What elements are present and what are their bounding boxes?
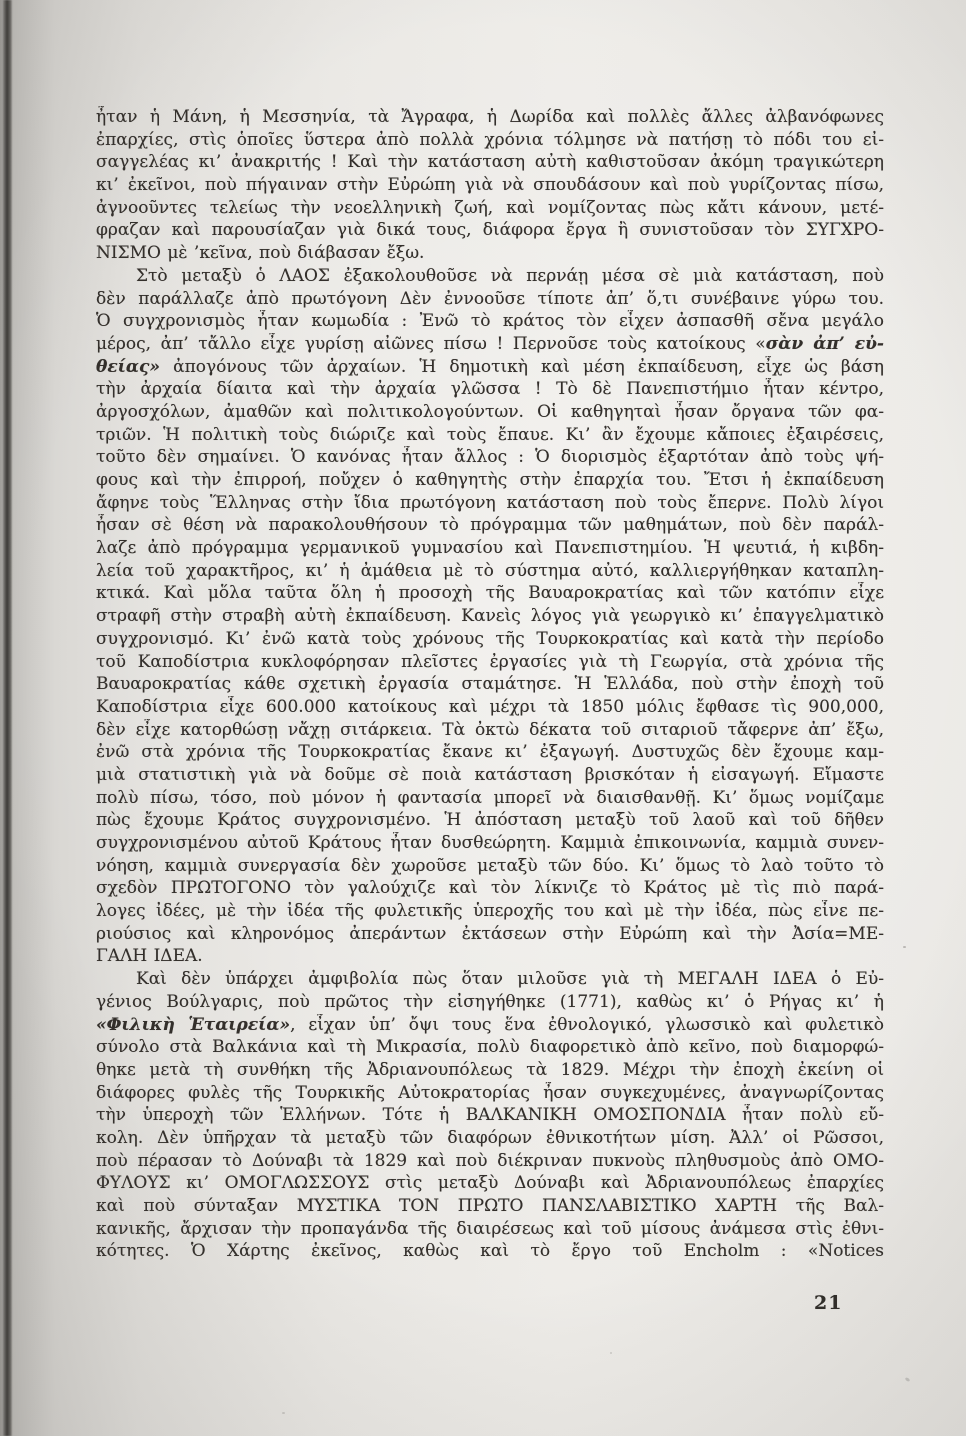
text-line: ἦταν ἡ Μάνη, ἡ Μεσσηνία, τὰ Ἄγραφα, ἡ Δω… bbox=[96, 106, 884, 129]
text-line: σαγγελέας κι’ ἀνακριτής ! Καὶ τὴν κατάστ… bbox=[96, 151, 884, 174]
text-line: Βαυαροκρατίας κάθε σχετικὴ ἐργασία σταμά… bbox=[96, 673, 884, 696]
text-line: ΝΙΣΜΟ μὲ ’κεῖνα, ποὺ διάβασαν ἔξω. bbox=[96, 242, 884, 265]
paper-speck bbox=[282, 1412, 285, 1414]
text-line: Στὸ μεταξὺ ὁ ΛΑΟΣ ἐξακολουθοῦσε νὰ περνά… bbox=[96, 265, 884, 288]
text-line: φραζαν καὶ παρουσίαζαν γιὰ δικά τους, δι… bbox=[96, 219, 884, 242]
paper-speck bbox=[903, 946, 906, 948]
paragraph: Καὶ δὲν ὑπάρχει ἀμφιβολία πὼς ὅταν μιλοῦ… bbox=[96, 968, 884, 1263]
text-line: θηκε μετὰ τὴ συνθήκη τῆς Ἀδριανουπόλεως … bbox=[96, 1059, 884, 1082]
paragraph: Στὸ μεταξὺ ὁ ΛΑΟΣ ἐξακολουθοῦσε νὰ περνά… bbox=[96, 265, 884, 968]
text-line: ἦσαν σὲ θέση νὰ παρακολουθήσουν τὸ πρόγρ… bbox=[96, 514, 884, 537]
text-line: ΦΥΛΟΥΣ κι’ ΟΜΟΓΛΩΣΣΟΥΣ στὶς μεταξὺ Δούνα… bbox=[96, 1172, 884, 1195]
text-line: ἀγνοοῦντες τελείως τὴν νεοελληνικὴ ζωή, … bbox=[96, 197, 884, 220]
text-line: νόηση, καμμιὰ συνεργασία δὲν χωροῦσε μετ… bbox=[96, 855, 884, 878]
text-line: διάφορες φυλὲς τῆς Τουρκικῆς Αὐτοκρατορί… bbox=[96, 1082, 884, 1105]
text-line: τοῦ Καποδίστρια κυκλοφόρησαν πλεῖστες ἐρ… bbox=[96, 651, 884, 674]
text-line: δὲν εἶχε κατορθώσῃ νἄχῃ σιτάρκεια. Τὰ ὀκ… bbox=[96, 719, 884, 742]
emphasized-phrase: «Φιλικὴ Ἑταιρεία» bbox=[96, 1015, 290, 1035]
text-line: «Φιλικὴ Ἑταιρεία», εἶχαν ὑπ’ ὄψι τους ἕν… bbox=[96, 1014, 884, 1037]
text-line: πὼς ἔχουμε Κράτος συγχρονισμένο. Ἡ ἀπόστ… bbox=[96, 809, 884, 832]
text-line: λαζε ἀπὸ πρόγραμμα γερμανικοῦ γυμνασίου … bbox=[96, 537, 884, 560]
text-line: καὶ ποὺ σύνταξαν ΜΥΣΤΙΚΑ ΤΟΝ ΠΡΩΤΟ ΠΑΝΣΛ… bbox=[96, 1195, 884, 1218]
text-line: κτικά. Καὶ μὅλα ταῦτα ὅλη ἡ προσοχὴ τῆς … bbox=[96, 582, 884, 605]
scanned-book-page: ἦταν ἡ Μάνη, ἡ Μεσσηνία, τὰ Ἄγραφα, ἡ Δω… bbox=[0, 0, 966, 1436]
text-line: στραφῆ στὴν στραβὴ αὐτὴ ἐκπαίδευση. Κανε… bbox=[96, 605, 884, 628]
text-line: κολη. Δὲν ὑπῆρχαν τὰ μεταξὺ τῶν διαφόρων… bbox=[96, 1127, 884, 1150]
page-number: 21 bbox=[814, 1292, 842, 1314]
text-line: συγχρονισμένου αὐτοῦ Κράτους ἦταν δυσθεώ… bbox=[96, 832, 884, 855]
text-line: κι’ ἐκεῖνοι, ποὺ πήγαιναν στὴν Εὐρώπη γι… bbox=[96, 174, 884, 197]
emphasized-phrase: θείας» bbox=[96, 357, 160, 377]
text-line: Καὶ δὲν ὑπάρχει ἀμφιβολία πὼς ὅταν μιλοῦ… bbox=[96, 968, 884, 991]
book-binding-edge bbox=[3, 0, 12, 1436]
text-line: τριῶν. Ἡ πολιτικὴ τοὺς διώριζε καὶ τοὺς … bbox=[96, 424, 884, 447]
text-line: κανικῆς, ἄρχισαν τὴν προπαγάνδα τῆς διαι… bbox=[96, 1218, 884, 1241]
page-text-block: ἦταν ἡ Μάνη, ἡ Μεσσηνία, τὰ Ἄγραφα, ἡ Δω… bbox=[96, 106, 884, 1263]
text-line: ἐνῶ στὰ χρόνια τῆς Τουρκοκρατίας ἔκανε κ… bbox=[96, 741, 884, 764]
text-line: τοῦτο δὲν σημαίνει. Ὁ κανόνας ἦταν ἄλλος… bbox=[96, 446, 884, 469]
paper-speck bbox=[610, 1352, 612, 1354]
text-line: πολὺ πίσω, τόσο, ποὺ μόνον ἡ φαντασία μπ… bbox=[96, 787, 884, 810]
text-line: λογες ἰδέες, μὲ τὴν ἰδέα τῆς φυλετικῆς ὑ… bbox=[96, 900, 884, 923]
text-line: τὴν ὑπεροχὴ τῶν Ἑλλήνων. Τότε ἡ ΒΑΛΚΑΝΙΚ… bbox=[96, 1104, 884, 1127]
text-line: μέρος, ἀπ’ τἄλλο εἶχε γυρίσῃ αἰῶνες πίσω… bbox=[96, 333, 884, 356]
text-line: ποὺ πέρασαν τὸ Δούναβι τὰ 1829 καὶ ποὺ δ… bbox=[96, 1150, 884, 1173]
text-line: σύνολο στὰ Βαλκάνια καὶ τὴ Μικρασία, πολ… bbox=[96, 1036, 884, 1059]
text-line: τὴν ἀρχαία δίαιτα καὶ τὴν ἀρχαία γλῶσσα … bbox=[96, 378, 884, 401]
text-line: ριούσιος καὶ κληρονόμος ἀπεράντων ἐκτάσε… bbox=[96, 923, 884, 946]
text-line: Ὁ συγχρονισμὸς ἦταν κωμωδία : Ἐνῶ τὸ κρά… bbox=[96, 310, 884, 333]
text-line: ΓΑΛΗ ΙΔΕΑ. bbox=[96, 945, 884, 968]
text-line: ἄφηνε τοὺς Ἕλληνας στὴν ἴδια πρωτόγονη κ… bbox=[96, 492, 884, 515]
text-line: συγχρονισμό. Κι’ ἐνῶ κατὰ τοὺς χρόνους τ… bbox=[96, 628, 884, 651]
text-line: δὲν παράλλαζε ἀπὸ πρωτόγονη Δὲν ἐννοοῦσε… bbox=[96, 288, 884, 311]
text-line: σχεδὸν ΠΡΩΤΟΓΟΝΟ τὸν γαλούχιζε καὶ τὸν λ… bbox=[96, 877, 884, 900]
paragraph: ἦταν ἡ Μάνη, ἡ Μεσσηνία, τὰ Ἄγραφα, ἡ Δω… bbox=[96, 106, 884, 265]
text-line: μιὰ στατιστικὴ γιὰ νὰ δοῦμε σὲ ποιὰ κατά… bbox=[96, 764, 884, 787]
paper-speck bbox=[905, 1377, 911, 1382]
text-line: Καποδίστρια εἶχε 600.000 κατοίκους καὶ μ… bbox=[96, 696, 884, 719]
text-line: κότητες. Ὁ Χάρτης ἐκεῖνος, καθὼς καὶ τὸ … bbox=[96, 1240, 884, 1263]
emphasized-phrase: σὰν ἀπ’ εὐ- bbox=[766, 334, 884, 354]
text-line: γένιος Βούλγαρις, ποὺ πρῶτος τὴν εἰσηγήθ… bbox=[96, 991, 884, 1014]
text-line: φους καὶ τὴν ἐπιρροή, ποὔχεν ὁ καθηγητὴς… bbox=[96, 469, 884, 492]
text-line: ἀργοσχόλων, ἀμαθῶν καὶ πολιτικολογούντων… bbox=[96, 401, 884, 424]
text-line: ἐπαρχίες, στὶς ὁποῖες ὕστερα ἀπὸ πολλὰ χ… bbox=[96, 129, 884, 152]
text-line: θείας» ἀπογόνους τῶν ἀρχαίων. Ἡ δημοτικὴ… bbox=[96, 356, 884, 379]
text-line: λεία τοῦ χαρακτῆρος, κι’ ἡ ἀμάθεια μὲ τὸ… bbox=[96, 560, 884, 583]
